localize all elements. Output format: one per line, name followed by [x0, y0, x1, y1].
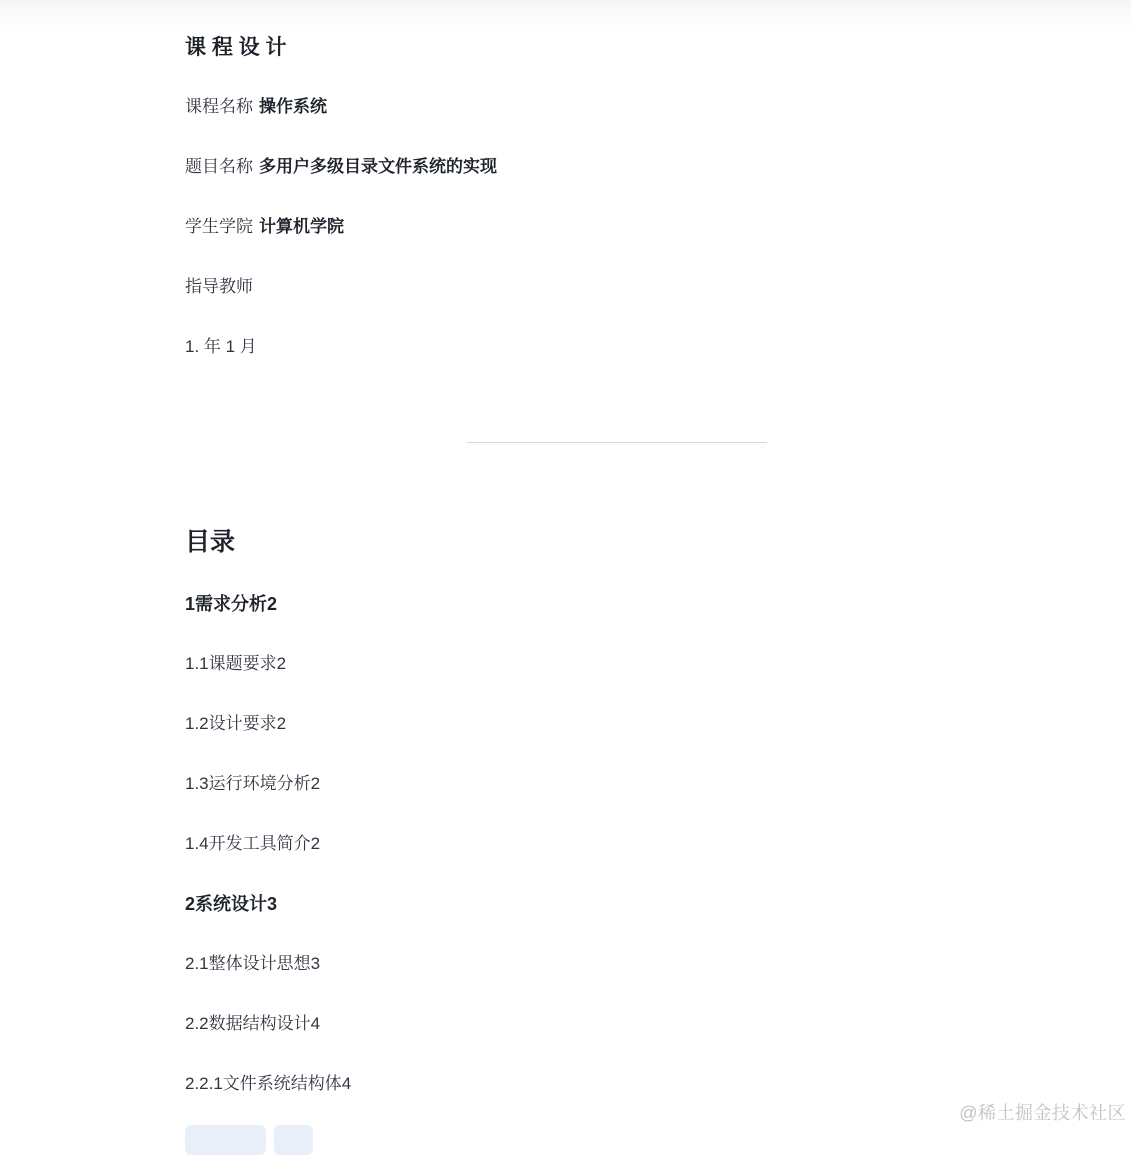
toc-heading: 目录	[185, 525, 1049, 559]
cover-line-topic-name: 题目名称多用户多级目录文件系统的实现	[185, 155, 1049, 179]
cover-line-course-name: 课程名称操作系统	[185, 95, 1049, 119]
field-value: 计算机学院	[259, 217, 344, 236]
cover-line-college: 学生学院计算机学院	[185, 215, 1049, 239]
document-title: 课 程 设 计	[185, 34, 1049, 62]
toc-entry-1: 1需求分析2	[185, 592, 1049, 616]
article-tag-pill[interactable]	[185, 1125, 266, 1134]
watermark: @稀土掘金技术社区	[959, 1103, 1126, 1123]
section-divider	[467, 442, 767, 443]
field-value: 多用户多级目录文件系统的实现	[259, 157, 497, 176]
field-label: 题目名称	[185, 157, 253, 176]
toc-entry-1-4: 1.4开发工具简介2	[185, 832, 1049, 856]
toc-entry-1-1: 1.1课题要求2	[185, 652, 1049, 676]
article-tag-pill[interactable]	[274, 1125, 313, 1134]
field-label: 1. 年 1 月	[185, 337, 257, 356]
toc-entry-1-2: 1.2设计要求2	[185, 712, 1049, 736]
article-content: 课 程 设 计 课程名称操作系统 题目名称多用户多级目录文件系统的实现 学生学院…	[185, 0, 1049, 1096]
cover-line-date: 1. 年 1 月	[185, 335, 1049, 359]
toc-entry-2: 2系统设计3	[185, 892, 1049, 916]
toc-entry-2-2: 2.2数据结构设计4	[185, 1012, 1049, 1036]
article-tags	[185, 1125, 313, 1134]
field-label: 课程名称	[185, 97, 253, 116]
field-label: 学生学院	[185, 217, 253, 236]
toc-entry-2-1: 2.1整体设计思想3	[185, 952, 1049, 976]
toc-entry-2-2-1: 2.2.1文件系统结构体4	[185, 1072, 1049, 1096]
cover-line-advisor: 指导教师	[185, 275, 1049, 299]
toc-entry-1-3: 1.3运行环境分析2	[185, 772, 1049, 796]
field-label: 指导教师	[185, 277, 253, 296]
field-value: 操作系统	[259, 97, 327, 116]
